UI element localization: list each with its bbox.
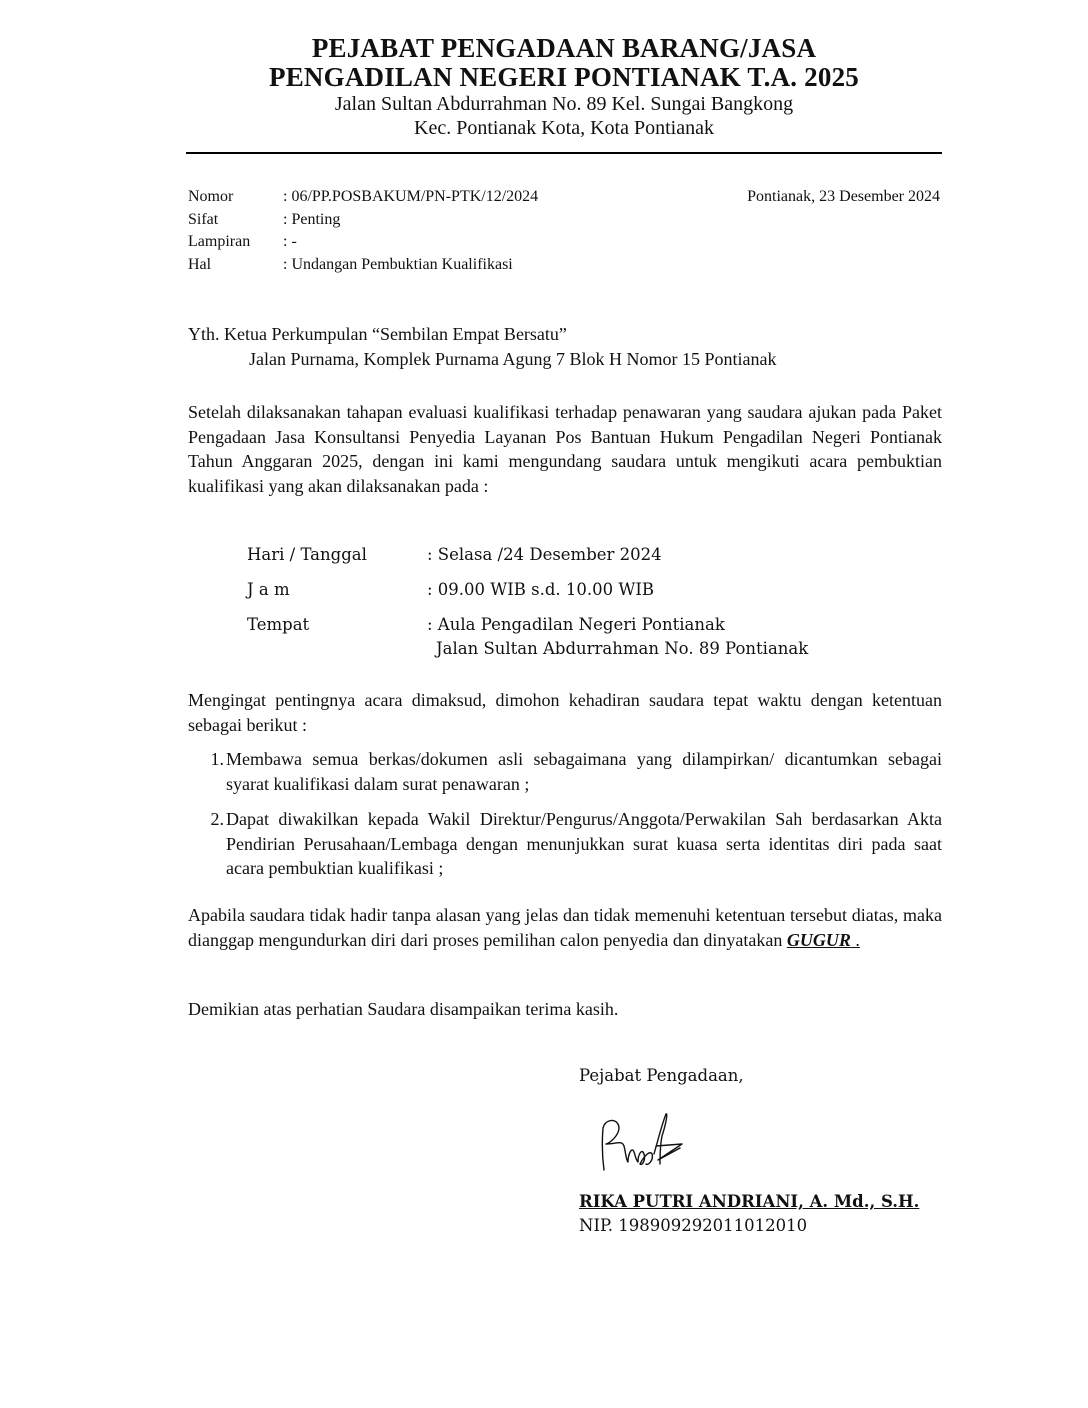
signature-icon — [596, 1110, 686, 1172]
letterhead-title-line2: PENGADILAN NEGERI PONTIANAK T.A. 2025 — [186, 63, 942, 92]
schedule-row-time: J a m : 09.00 WIB s.d. 10.00 WIB — [247, 578, 808, 602]
letterhead: PEJABAT PENGADAAN BARANG/JASA PENGADILAN… — [186, 34, 942, 140]
meta-row-lampiran: Lampiran : - — [188, 231, 538, 254]
schedule-value: : 09.00 WIB s.d. 10.00 WIB — [427, 578, 654, 602]
closing-paragraph: Demikian atas perhatian Saudara disampai… — [188, 997, 942, 1022]
meta-row-nomor: Nomor : 06/PP.POSBAKUM/PN-PTK/12/2024 — [188, 186, 538, 209]
letterhead-title-line1: PEJABAT PENGADAAN BARANG/JASA — [186, 34, 942, 63]
list-number: 2. — [188, 807, 224, 881]
recipient-line2: Jalan Purnama, Komplek Purnama Agung 7 B… — [188, 347, 942, 372]
signatory-nip: NIP. 198909292011012010 — [579, 1216, 807, 1235]
meta-value: : Undangan Pembuktian Kualifikasi — [283, 254, 513, 277]
schedule-label: J a m — [247, 578, 427, 602]
schedule-value-line2: Jalan Sultan Abdurrahman No. 89 Pontiana… — [427, 637, 808, 661]
meta-row-sifat: Sifat : Penting — [188, 209, 538, 232]
meta-row-hal: Hal : Undangan Pembuktian Kualifikasi — [188, 254, 538, 277]
gugur-emphasis: GUGUR — [787, 930, 851, 950]
schedule: Hari / Tanggal : Selasa /24 Desember 202… — [247, 543, 808, 672]
signatory-name: RIKA PUTRI ANDRIANI, A. Md., S.H. — [579, 1192, 919, 1211]
schedule-value-group: : Aula Pengadilan Negeri Pontianak Jalan… — [427, 613, 808, 661]
letterhead-address-line2: Kec. Pontianak Kota, Kota Pontianak — [186, 116, 942, 140]
signature-title: Pejabat Pengadaan, — [579, 1066, 744, 1085]
schedule-row-place: Tempat : Aula Pengadilan Negeri Pontiana… — [247, 613, 808, 661]
meta-value: : - — [283, 231, 297, 254]
meta-label: Lampiran — [188, 231, 283, 254]
intro-paragraph: Setelah dilaksanakan tahapan evaluasi ku… — [188, 400, 942, 498]
schedule-label: Tempat — [247, 613, 427, 661]
recipient-line1: Yth. Ketua Perkumpulan “Sembilan Empat B… — [188, 322, 942, 347]
letterhead-address-line1: Jalan Sultan Abdurrahman No. 89 Kel. Sun… — [186, 92, 942, 116]
letterhead-divider — [186, 152, 942, 154]
list-text: Dapat diwakilkan kepada Wakil Direktur/P… — [224, 807, 942, 881]
list-item: 1. Membawa semua berkas/dokumen asli seb… — [188, 747, 942, 796]
meta-label: Hal — [188, 254, 283, 277]
conditions-list: 1. Membawa semua berkas/dokumen asli seb… — [188, 747, 942, 892]
schedule-label: Hari / Tanggal — [247, 543, 427, 567]
list-item: 2. Dapat diwakilkan kepada Wakil Direktu… — [188, 807, 942, 881]
meta-value: : Penting — [283, 209, 340, 232]
meta-value: : 06/PP.POSBAKUM/PN-PTK/12/2024 — [283, 186, 538, 209]
schedule-value: : Selasa /24 Desember 2024 — [427, 543, 662, 567]
list-text: Membawa semua berkas/dokumen asli sebaga… — [224, 747, 942, 796]
warning-paragraph: Apabila saudara tidak hadir tanpa alasan… — [188, 903, 942, 952]
meta-label: Sifat — [188, 209, 283, 232]
recipient: Yth. Ketua Perkumpulan “Sembilan Empat B… — [188, 322, 942, 371]
schedule-row-date: Hari / Tanggal : Selasa /24 Desember 202… — [247, 543, 808, 567]
letter-meta: Nomor : 06/PP.POSBAKUM/PN-PTK/12/2024 Si… — [188, 186, 538, 276]
schedule-value: : Aula Pengadilan Negeri Pontianak — [427, 613, 808, 637]
meta-label: Nomor — [188, 186, 283, 209]
list-number: 1. — [188, 747, 224, 796]
warning-suffix: . — [851, 930, 860, 950]
reminder-paragraph: Mengingat pentingnya acara dimaksud, dim… — [188, 688, 942, 737]
place-date: Pontianak, 23 Desember 2024 — [747, 186, 940, 208]
